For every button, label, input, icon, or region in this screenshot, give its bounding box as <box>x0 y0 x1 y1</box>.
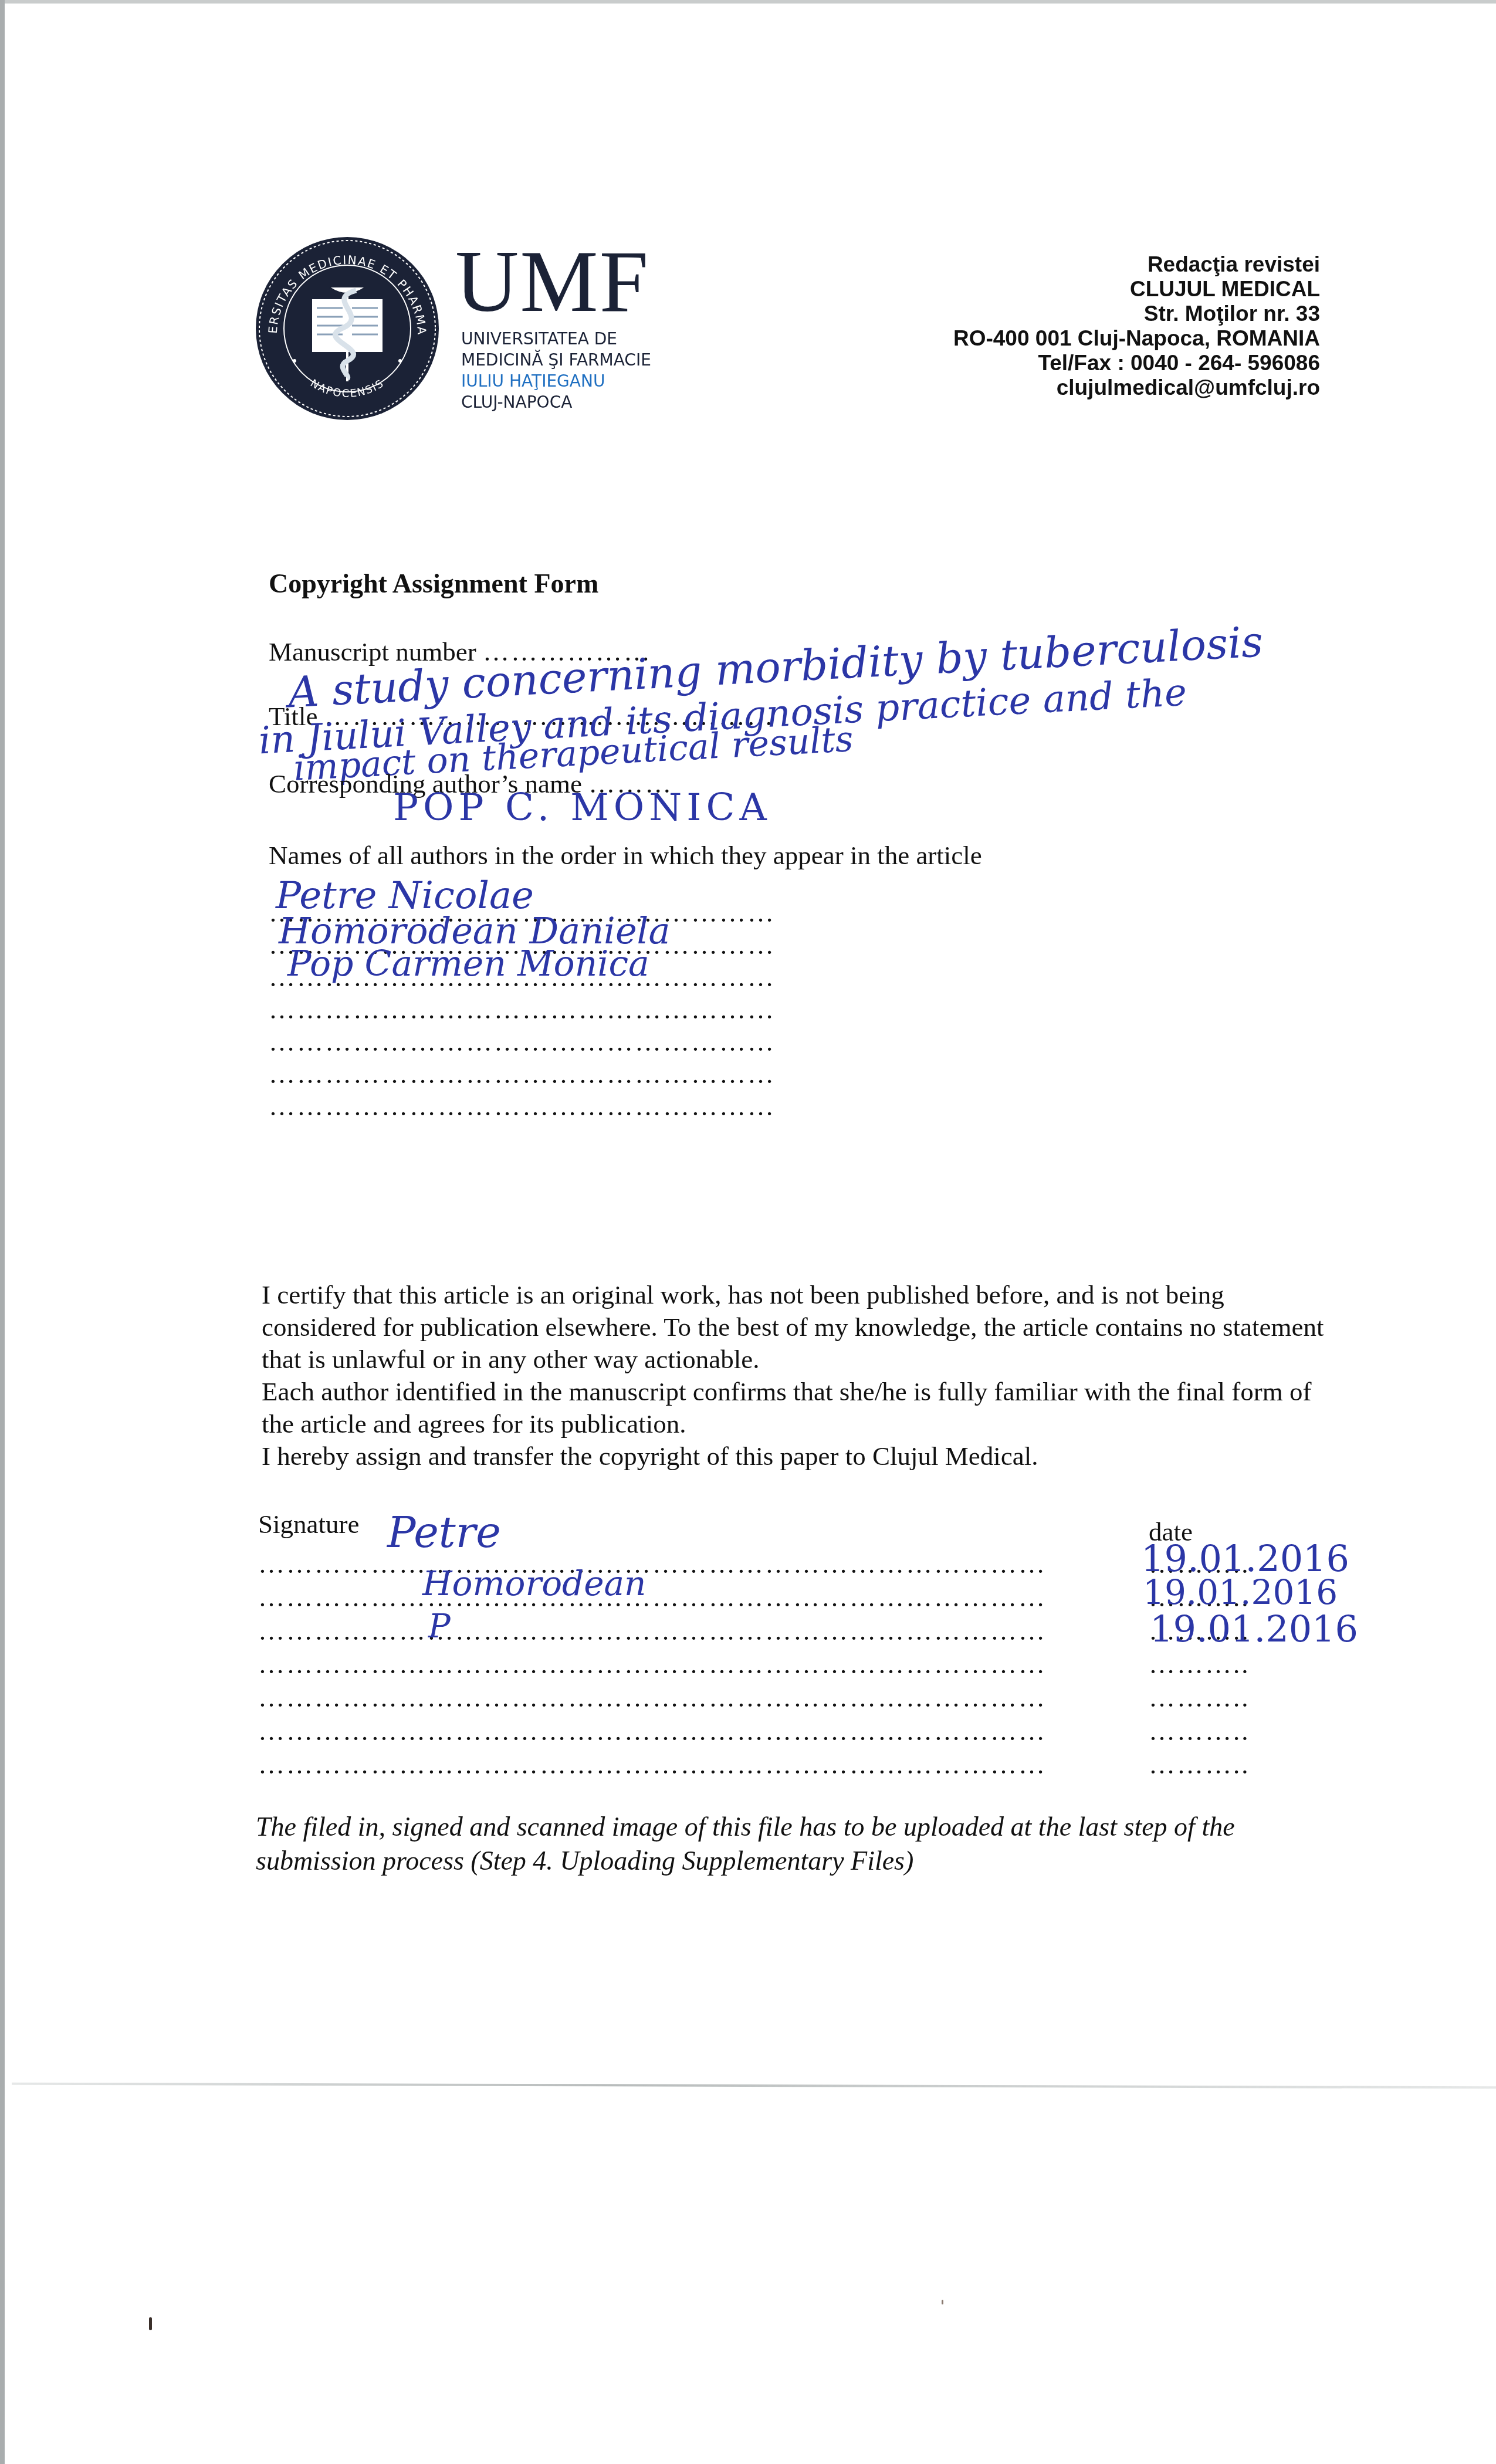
scan-speck <box>942 2300 943 2304</box>
signature-row-3[interactable]: ………………………………………………………………………… <box>258 1616 1047 1646</box>
date-row-5[interactable]: ……….. <box>1149 1683 1250 1713</box>
authors-label: Names of all authors in the order in whi… <box>269 840 982 871</box>
scan-fold-line <box>12 2083 1496 2089</box>
university-line-highlight: IULIU HAŢIEGANU <box>461 371 651 392</box>
certification-paragraph: I hereby assign and transfer the copyrig… <box>262 1440 1329 1473</box>
university-name: UNIVERSITATEA DE MEDICINĂ ŞI FARMACIE IU… <box>461 329 651 413</box>
date-row-4[interactable]: ……….. <box>1149 1649 1250 1680</box>
signature-row-6[interactable]: ………………………………………………………………………… <box>258 1716 1047 1747</box>
handwritten-corresponding-author: POP C. MONICA <box>393 786 771 830</box>
scan-speck <box>149 2317 152 2330</box>
scan-edge-left <box>0 0 5 2464</box>
certification-paragraph: Each author identified in the manuscript… <box>262 1376 1329 1440</box>
author-row-5[interactable]: ……………………………………………… <box>269 1027 776 1057</box>
scan-edge-top <box>0 0 1496 4</box>
university-line: MEDICINĂ ŞI FARMACIE <box>461 350 651 371</box>
signature-row-2[interactable]: ………………………………………………………………………… <box>258 1582 1047 1613</box>
certification-text: I certify that this article is an origin… <box>262 1279 1329 1473</box>
address-line: CLUJUL MEDICAL <box>953 277 1320 302</box>
umf-logo-text: UMF <box>455 238 649 326</box>
handwritten-author-3: Pop Carmen Monica <box>287 943 649 984</box>
handwritten-date-2: 19.01.2016 <box>1143 1572 1338 1612</box>
university-seal-icon: UNIVERSITAS MEDICINAE ET PHARMACIAE NAPO… <box>253 235 441 422</box>
handwritten-signature-3: P <box>428 1607 451 1646</box>
handwritten-signature-1: Petre <box>387 1508 501 1557</box>
address-line: RO-400 001 Cluj-Napoca, ROMANIA <box>953 326 1320 351</box>
form-title: Copyright Assignment Form <box>269 568 598 599</box>
university-line: CLUJ-NAPOCA <box>461 392 651 413</box>
address-line: Redacţia revistei <box>953 252 1320 277</box>
certification-paragraph: I certify that this article is an origin… <box>262 1279 1329 1376</box>
author-row-7[interactable]: ……………………………………………… <box>269 1091 776 1122</box>
handwritten-date-3: 19.01.2016 <box>1150 1607 1358 1650</box>
signature-row-5[interactable]: ………………………………………………………………………… <box>258 1683 1047 1713</box>
address-line: Str. Moţilor nr. 33 <box>953 302 1320 326</box>
handwritten-signature-2: Homorodean <box>422 1563 646 1603</box>
signature-label: Signature <box>258 1509 359 1539</box>
address-line: Tel/Fax : 0040 - 264- 596086 <box>953 351 1320 375</box>
signature-row-4[interactable]: ………………………………………………………………………… <box>258 1649 1047 1680</box>
journal-address: Redacţia revistei CLUJUL MEDICAL Str. Mo… <box>953 252 1320 400</box>
email-link[interactable]: clujulmedical@umfcluj.ro <box>953 375 1320 400</box>
signature-row-1[interactable]: ………………………………………………………………………… <box>258 1549 1047 1579</box>
upload-instructions-note: The filed in, signed and scanned image o… <box>256 1810 1347 1878</box>
signature-row-7[interactable]: ………………………………………………………………………… <box>258 1749 1047 1780</box>
author-row-6[interactable]: ……………………………………………… <box>269 1059 776 1089</box>
author-row-4[interactable]: ……………………………………………… <box>269 994 776 1025</box>
university-line: UNIVERSITATEA DE <box>461 329 651 350</box>
date-row-6[interactable]: ……….. <box>1149 1716 1250 1747</box>
date-row-7[interactable]: ……….. <box>1149 1749 1250 1780</box>
